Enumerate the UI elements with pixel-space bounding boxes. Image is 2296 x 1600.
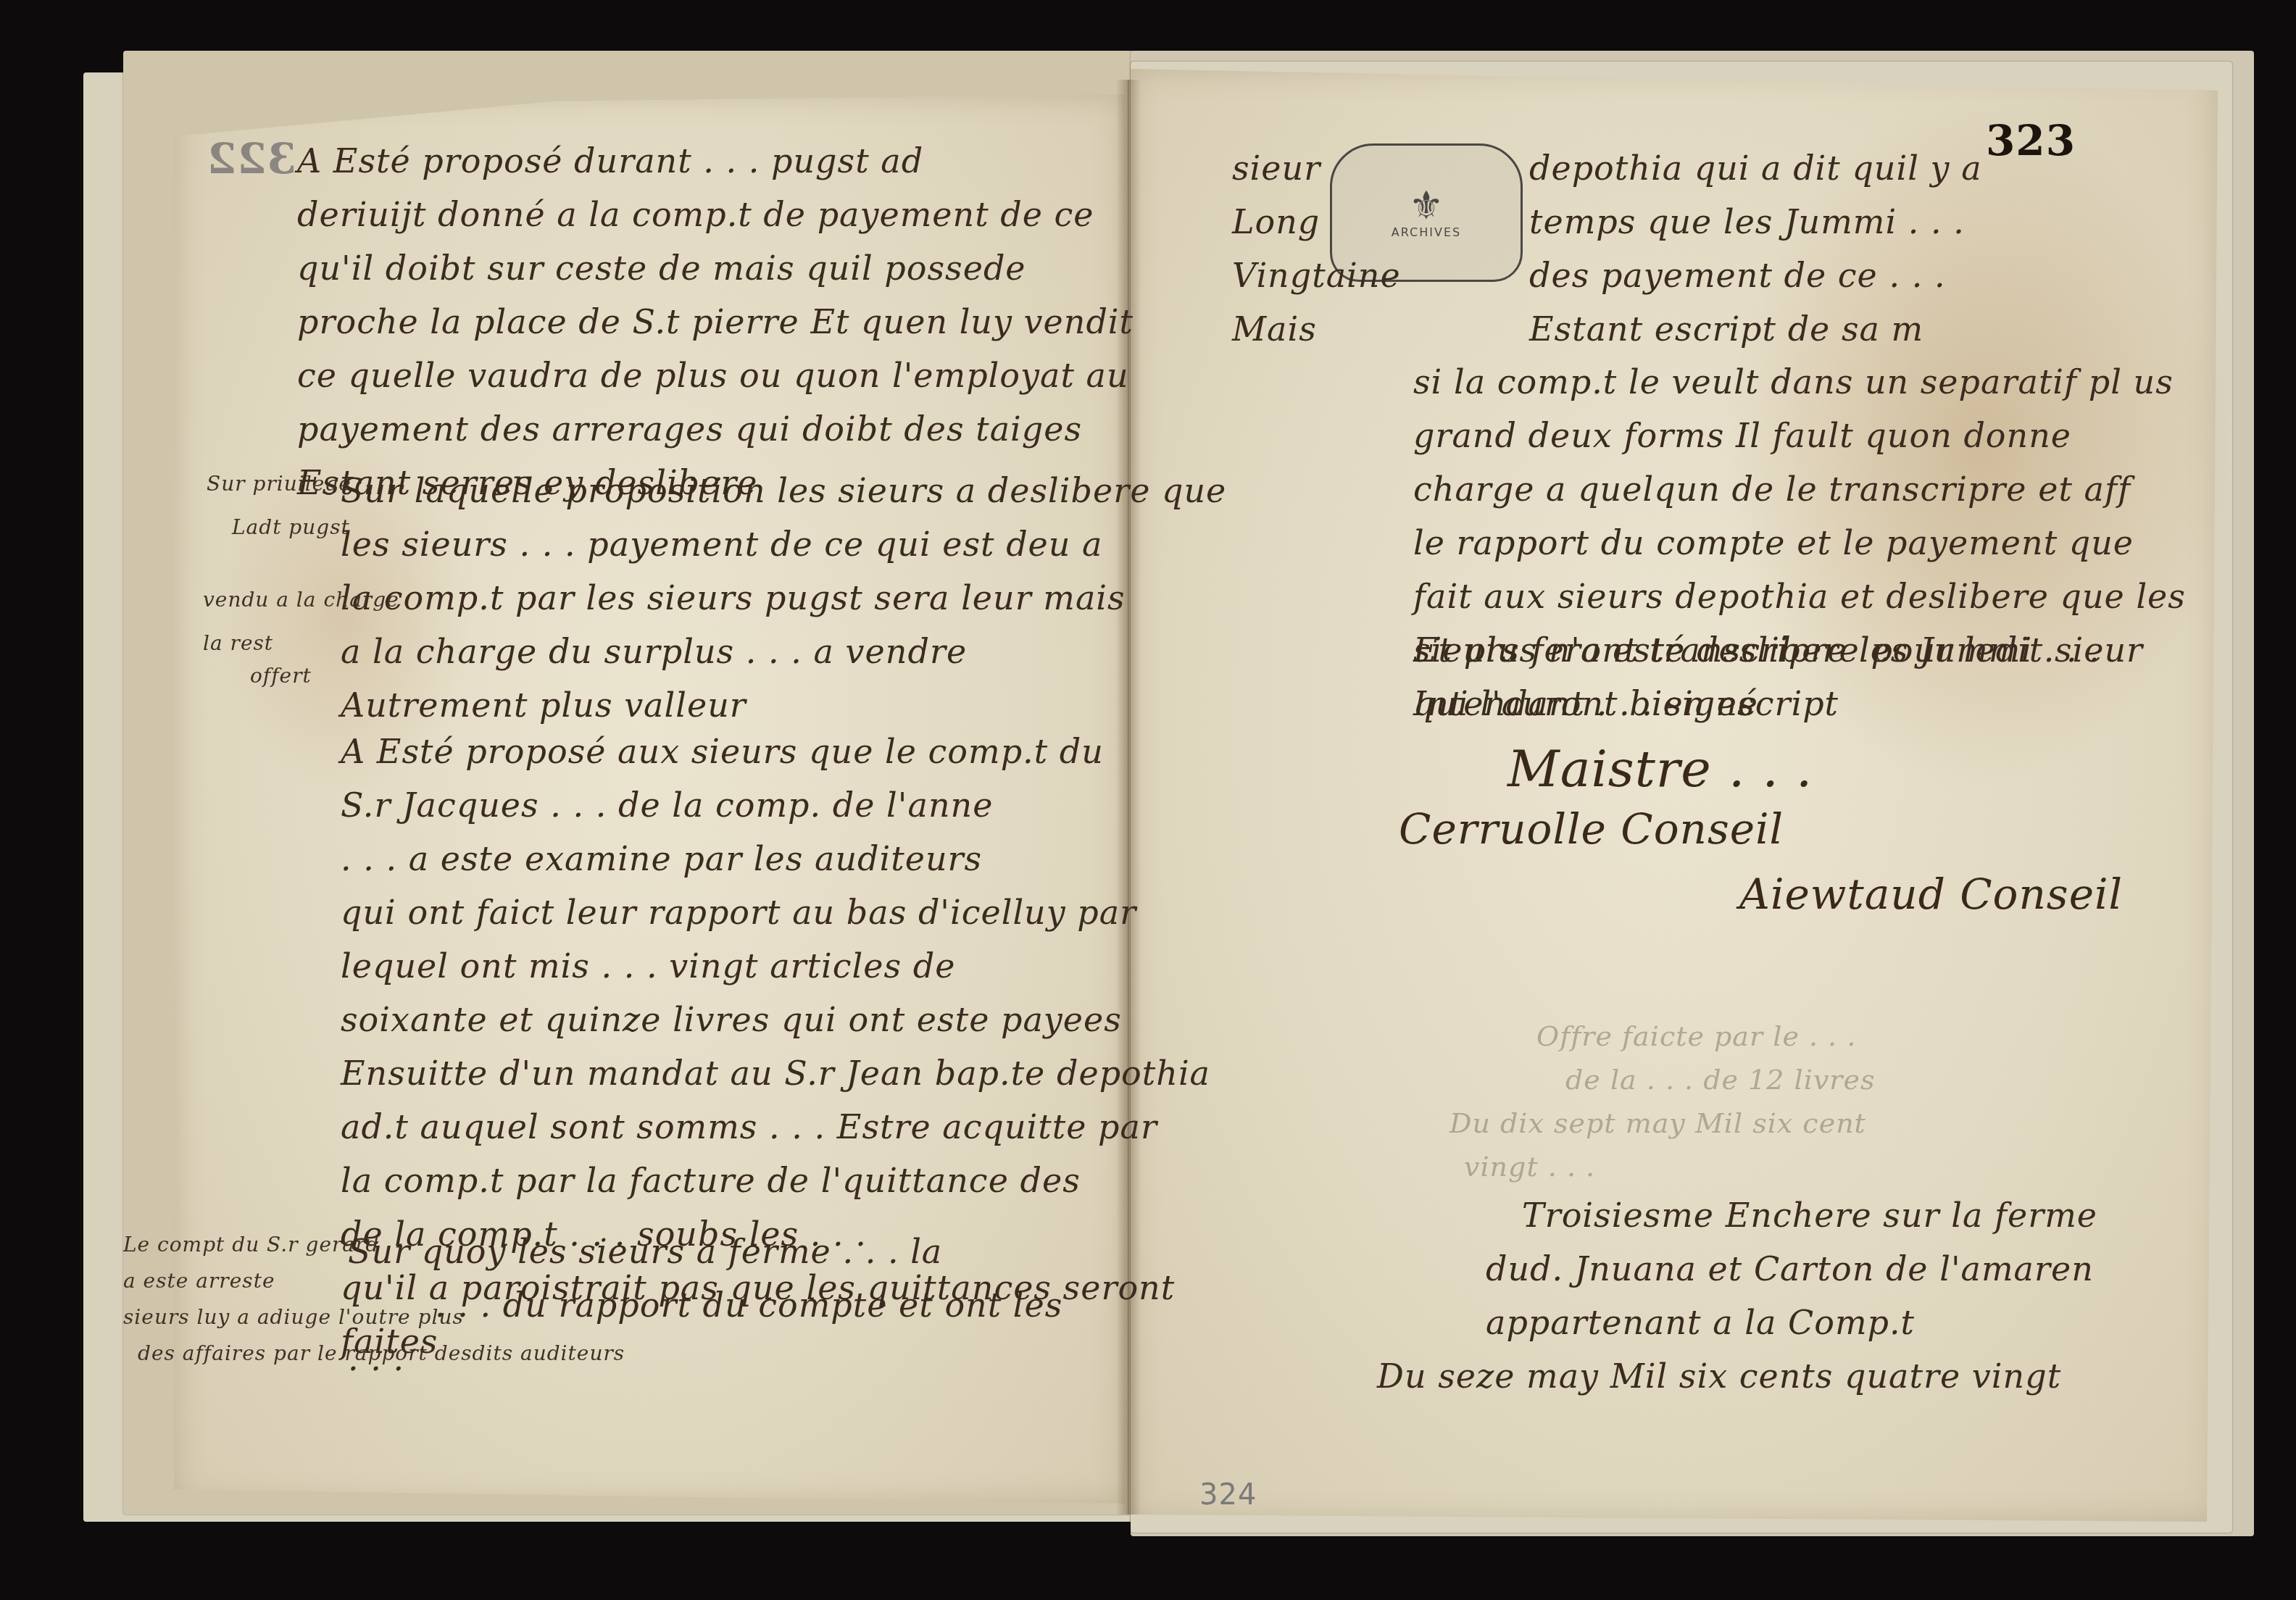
signature-2: Cerruolle Conseil [1399, 804, 1784, 854]
text-line: Du seze may Mil six cents quatre vingt [1377, 1349, 2097, 1403]
text-line: Mais [1232, 302, 1401, 356]
text-line: fait aux sieurs depothia et deslibere qu… [1413, 570, 2186, 623]
text-line: proche la place de S.t pierre Et quen lu… [297, 295, 1134, 349]
text-line: le rapport du compte et le payement que [1413, 516, 2186, 570]
text-line: A Esté proposé durant . . . pugst ad [297, 134, 1134, 188]
stamp-label: ARCHIVES [1392, 225, 1461, 239]
text-line: sieur [1232, 141, 1401, 195]
text-line: ad.t auquel sont somms . . . Estre acqui… [341, 1100, 1210, 1154]
margin-note: Ladt pugst [232, 514, 350, 541]
text-line: A Esté proposé aux sieurs que le comp.t … [341, 725, 1210, 778]
text-line: Estant escript de sa m [1529, 302, 1982, 356]
text-line: ce quelle vaudra de plus ou quon l'emplo… [297, 349, 1134, 402]
left-paragraph-2: Sur laquelle proposition les sieurs a de… [341, 464, 1226, 732]
right-marginal-words: sieur Long Vingtaine Mais [1232, 141, 1401, 356]
folio-number-left: 322 [207, 134, 296, 183]
text-line: Offre faicte par le . . . [1174, 1014, 1876, 1058]
text-line: Vingtaine [1232, 249, 1401, 302]
bleedthrough-text: Offre faicte par le . . . de la . . . de… [1174, 1014, 1876, 1188]
closing-entry: Troisiesme Enchere sur la ferme dud. Jnu… [1377, 1188, 2097, 1403]
text-line: qui ont faict leur rapport au bas d'icel… [341, 886, 1210, 939]
text-line: a la charge du surplus . . . a vendre [341, 625, 1226, 678]
text-line: Autrement plus valleur [341, 678, 1226, 732]
margin-note: des affaires par le rapport desdits audi… [138, 1341, 625, 1367]
text-line: Sur laquelle proposition les sieurs a de… [341, 464, 1226, 517]
text-line: deriuijt donné a la comp.t de payement d… [297, 188, 1134, 241]
text-line: appartenant a la Comp.t [1377, 1296, 2097, 1349]
margin-note: vendu a la charge [203, 587, 399, 613]
text-line: la comp.t par la facture de l'quittance … [341, 1154, 1210, 1207]
text-line: Intendant . . . signé [1413, 677, 2143, 730]
text-line: Ensuitte d'un mandat au S.r Jean bap.te … [341, 1046, 1210, 1100]
text-line: Sur quoy les sieurs a ferme . . . la [348, 1225, 1062, 1278]
text-line: S.r Jacques . . . de la comp. de l'anne [341, 778, 1210, 832]
signature-1: Maistre . . . [1507, 739, 1813, 799]
text-line: temps que les Jummi . . . [1529, 195, 1982, 249]
folio-number-right: 323 [1986, 116, 2076, 165]
margin-note: sieurs luy a adiuge l'outre plus [123, 1304, 464, 1330]
pencil-page-number: 324 [1199, 1478, 1257, 1512]
text-line: payement des arrerages qui doibt des tai… [297, 402, 1134, 456]
text-line: Et plus n'a esté deslibere pour ledit si… [1413, 623, 2143, 677]
fleur-de-lis-icon: ⚜ [1409, 186, 1444, 225]
text-line: lequel ont mis . . . vingt articles de [341, 939, 1210, 993]
text-line: soixante et quinze livres qui ont este p… [341, 993, 1210, 1046]
text-line: Troisiesme Enchere sur la ferme [1377, 1188, 2097, 1242]
right-paragraph-top: depothia qui a dit quil y a temps que le… [1529, 141, 1982, 356]
text-line: . . . a este examine par les auditeurs [341, 832, 1210, 886]
signature-3: Aiewtaud Conseil [1739, 870, 2123, 919]
text-line: si la comp.t le veult dans un separatif … [1413, 355, 2186, 409]
text-line: des payement de ce . . . [1529, 249, 1982, 302]
text-line: Du dix sept may Mil six cent [1174, 1101, 1876, 1145]
margin-note: Le compt du S.r gerard [123, 1232, 379, 1258]
text-line: Long [1232, 195, 1401, 249]
text-line: vingt . . . [1174, 1145, 1876, 1188]
text-line: dud. Jnuana et Carton de l'amaren [1377, 1242, 2097, 1296]
text-line: depothia qui a dit quil y a [1529, 141, 1982, 195]
text-line: grand deux forms Il fault quon donne [1413, 409, 2186, 462]
margin-note: Sur priuilege [207, 471, 352, 497]
left-paragraph-1: A Esté proposé durant . . . pugst ad der… [297, 134, 1134, 509]
text-line: la comp.t par les sieurs pugst sera leur… [341, 571, 1226, 625]
margin-note: la rest [203, 630, 273, 657]
margin-note: a este arreste [123, 1268, 275, 1294]
margin-note: offert [250, 663, 312, 689]
right-paragraph-resolution: Et plus n'a esté deslibere pour ledit si… [1413, 623, 2143, 730]
text-line: de la . . . de 12 livres [1174, 1058, 1876, 1101]
text-line: charge a quelqun de le transcripre et af… [1413, 462, 2186, 516]
text-line: qu'il doibt sur ceste de mais quil posse… [297, 241, 1134, 295]
text-line: les sieurs . . . payement de ce qui est … [341, 517, 1226, 571]
